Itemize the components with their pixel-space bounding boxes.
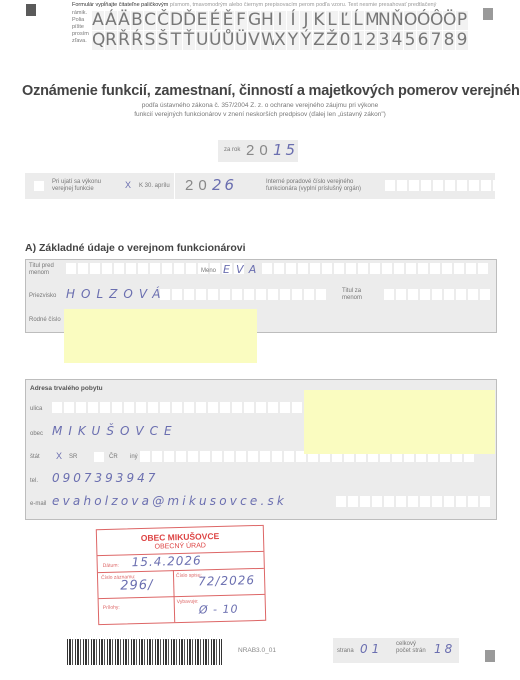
registration-mark-top-right [483,8,493,20]
meno-label: Meno [201,268,216,275]
filing-year-field[interactable]: 20 26 [174,173,253,199]
stamp-vybavuje-value: Ø - 10 [199,603,239,617]
redaction-sticky-note-address [304,390,495,454]
side-label-line: zľava. [72,38,89,45]
redaction-sticky-note-rodne-cislo [64,309,257,363]
alphabet-sample-char: 1 [352,31,364,50]
alphabet-sample-char: M [365,11,377,30]
titul-pred-field[interactable] [66,263,244,274]
alphabet-sample-char: A [92,11,104,30]
alphabet-sample-char: 8 [443,31,455,50]
option-ujatie-label: Pri ujatí sa výkonu verejnej funkcie [52,179,112,193]
stamp-datum-value: 15.4.2026 [131,553,201,569]
alphabet-sample-char: Š [157,31,169,50]
alphabet-sample-char: Ď [183,11,195,30]
ulica-field[interactable] [52,402,314,413]
form-instruction: Formulár vypĺňajte čitateľne paličkovým … [72,2,436,9]
titul-pred-label: Titul pred menom [29,263,59,277]
checkbox-sr[interactable]: X [56,451,62,461]
alphabet-row-2: QRŘŔSŠTŤUÚŮÜVWXYÝZŽ0123456789 [92,31,468,50]
ulica-label: ulica [30,406,42,413]
alphabet-sample-char: Ô [430,11,442,30]
alphabet-sample-char: 0 [339,31,351,50]
tel-label: tel. [30,478,38,485]
alphabet-sample-char: Ĺ [352,11,364,30]
alphabet-sample-char: X [274,31,286,50]
alphabet-sample-char: V [248,31,260,50]
cr-label: ČR [109,454,118,461]
alphabet-sample-char: Y [287,31,299,50]
strana-label: strana [337,648,354,655]
alphabet-sample-char: É [209,11,221,30]
filing-year-handwritten: 26 [212,176,237,194]
alphabet-sample-char: Ŕ [131,31,143,50]
alphabet-sample: AÁÄBCČDĎEÉĚFGHIÍJKLĽĹMNŇOÓÔÖP QRŘŔSŠTŤUÚ… [92,11,468,50]
instruction-bold: Formulár vypĺňajte čitateľne paličkovým [72,2,168,8]
meno-field[interactable]: EVA [223,263,262,276]
priezvisko-field[interactable]: HOLZOVÁ [66,287,166,301]
year-field[interactable]: za rok 20 15 [218,140,298,162]
alphabet-sample-char: T [170,31,182,50]
year-printed: 20 [246,142,273,159]
instruction-rest: písmom, tmavomodrým alebo čiernym prepis… [170,2,436,8]
alphabet-sample-char: R [105,31,117,50]
alphabet-sample-char: F [235,11,247,30]
stat-label: štát [30,454,40,461]
alphabet-sample-char: Q [92,31,104,50]
internal-number-cells[interactable] [385,180,503,191]
stamp-datum-label: Dátum: [103,563,119,569]
alphabet-sample-char: C [144,11,156,30]
alphabet-sample-char: 5 [404,31,416,50]
side-label-line: Polia [72,17,89,24]
alphabet-sample-char: 3 [378,31,390,50]
alphabet-sample-char: 6 [417,31,429,50]
alphabet-sample-char: Í [287,11,299,30]
titul-za-label: Titul za menom [342,288,372,302]
subtitle-line-1: podľa ústavného zákona č. 357/2004 Z. z.… [0,101,520,110]
stamp-cislo-spisu-value: 72/2026 [198,573,255,588]
year-handwritten: 15 [273,141,298,159]
checkbox-k30aprilu[interactable]: X [125,180,131,190]
stamp-cislo-zaznamu-value: 296/ [120,578,154,594]
year-label: za rok [224,147,240,154]
internal-number-label: Interné poradové číslo verejného funkcio… [266,179,371,193]
alphabet-sample-char: U [196,31,208,50]
alphabet-sample-char: Ü [235,31,247,50]
alphabet-sample-char: Č [157,11,169,30]
alphabet-sample-char: Ů [222,31,234,50]
alphabet-sample-char: Ľ [339,11,351,30]
alphabet-row-1: AÁÄBCČDĎEÉĚFGHIÍJKLĽĹMNŇOÓÔÖP [92,11,468,30]
iny-label: iný [130,454,138,461]
alphabet-sample-char: O [404,11,416,30]
alphabet-sample-char: H [261,11,273,30]
side-label-line: píšte [72,24,89,31]
registry-stamp: OBEC MIKUŠOVCE OBECNÝ ÚRAD Dátum: 15.4.2… [96,525,266,625]
priezvisko-label: Priezvisko [29,293,56,300]
alphabet-sample-char: Á [105,11,117,30]
checkbox-cr[interactable] [94,452,104,462]
alphabet-sample-char: L [326,11,338,30]
email-field[interactable]: evaholzova@mikusovce.sk [52,494,287,508]
alphabet-sample-char: Ý [300,31,312,50]
alphabet-sample-char: Ú [209,31,221,50]
email-label: e-mail [30,501,46,508]
form-code: NRAB3.0_01 [238,647,276,654]
alphabet-sample-char: W [261,31,273,50]
registration-mark-top-left [26,4,36,16]
registration-mark-bottom-right [485,650,495,662]
filing-type-row: Pri ujatí sa výkonu verejnej funkcie X K… [25,173,495,199]
side-label-line: rámik. [72,10,89,17]
page-title: Oznámenie funkcií, zamestnaní, činností … [22,83,520,99]
alphabet-sample-char: Ó [417,11,429,30]
stamp-vybavuje-label: Vybavuje: [177,599,199,606]
alphabet-sample-char: Ň [391,11,403,30]
alphabet-sample-char: Ř [118,31,130,50]
alphabet-sample-char: Z [313,31,325,50]
alphabet-sample-char: 9 [456,31,468,50]
sample-side-label: rámik. Polia píšte prosím zľava. [72,10,89,45]
celkovy-pocet-label: celkový počet strán [396,641,432,655]
alphabet-sample-char: 2 [365,31,377,50]
alphabet-sample-char: G [248,11,260,30]
alphabet-sample-char: D [170,11,182,30]
alphabet-sample-char: 7 [430,31,442,50]
alphabet-sample-char: Ě [222,11,234,30]
alphabet-sample-char: S [144,31,156,50]
alphabet-sample-char: Ö [443,11,455,30]
page-counter: strana 01 celkový počet strán 18 [333,638,459,663]
checkbox-ujatie[interactable] [34,181,44,191]
sr-label: SR [69,454,77,461]
alphabet-sample-char: Ž [326,31,338,50]
alphabet-sample-char: N [378,11,390,30]
subtitle-line-2: funkcií verejných funkcionárov v znení n… [0,110,520,119]
alphabet-sample-char: P [456,11,468,30]
priezvisko-cells[interactable] [160,289,326,300]
alphabet-sample-char: I [274,11,286,30]
alphabet-sample-char: E [196,11,208,30]
side-label-line: prosím [72,31,89,38]
filing-year-printed: 20 [185,177,212,194]
stamp-prilohy-label: Prílohy: [103,605,120,611]
alphabet-sample-char: J [300,11,312,30]
option-k30aprilu-label: K 30. aprílu [139,183,170,190]
obec-field[interactable]: MIKUŠOVCE [52,424,178,438]
strana-value: 01 [360,642,383,656]
titul-za-field[interactable] [384,289,490,300]
meno-cells[interactable] [262,263,488,274]
celkovy-pocet-value: 18 [434,642,455,656]
obec-label: obec [30,431,43,438]
alphabet-sample-char: 4 [391,31,403,50]
rodne-cislo-label: Rodné číslo [29,317,61,324]
address-heading: Adresa trvalého pobytu [30,385,103,392]
alphabet-sample-char: B [131,11,143,30]
tel-field[interactable]: 0907393947 [52,471,158,485]
alphabet-sample-char: Ť [183,31,195,50]
barcode [67,639,222,665]
alphabet-sample-char: Ä [118,11,130,30]
email-cells[interactable] [336,496,490,507]
section-a-heading: A) Základné údaje o verejnom funkcionáro… [25,242,246,254]
alphabet-sample-char: K [313,11,325,30]
